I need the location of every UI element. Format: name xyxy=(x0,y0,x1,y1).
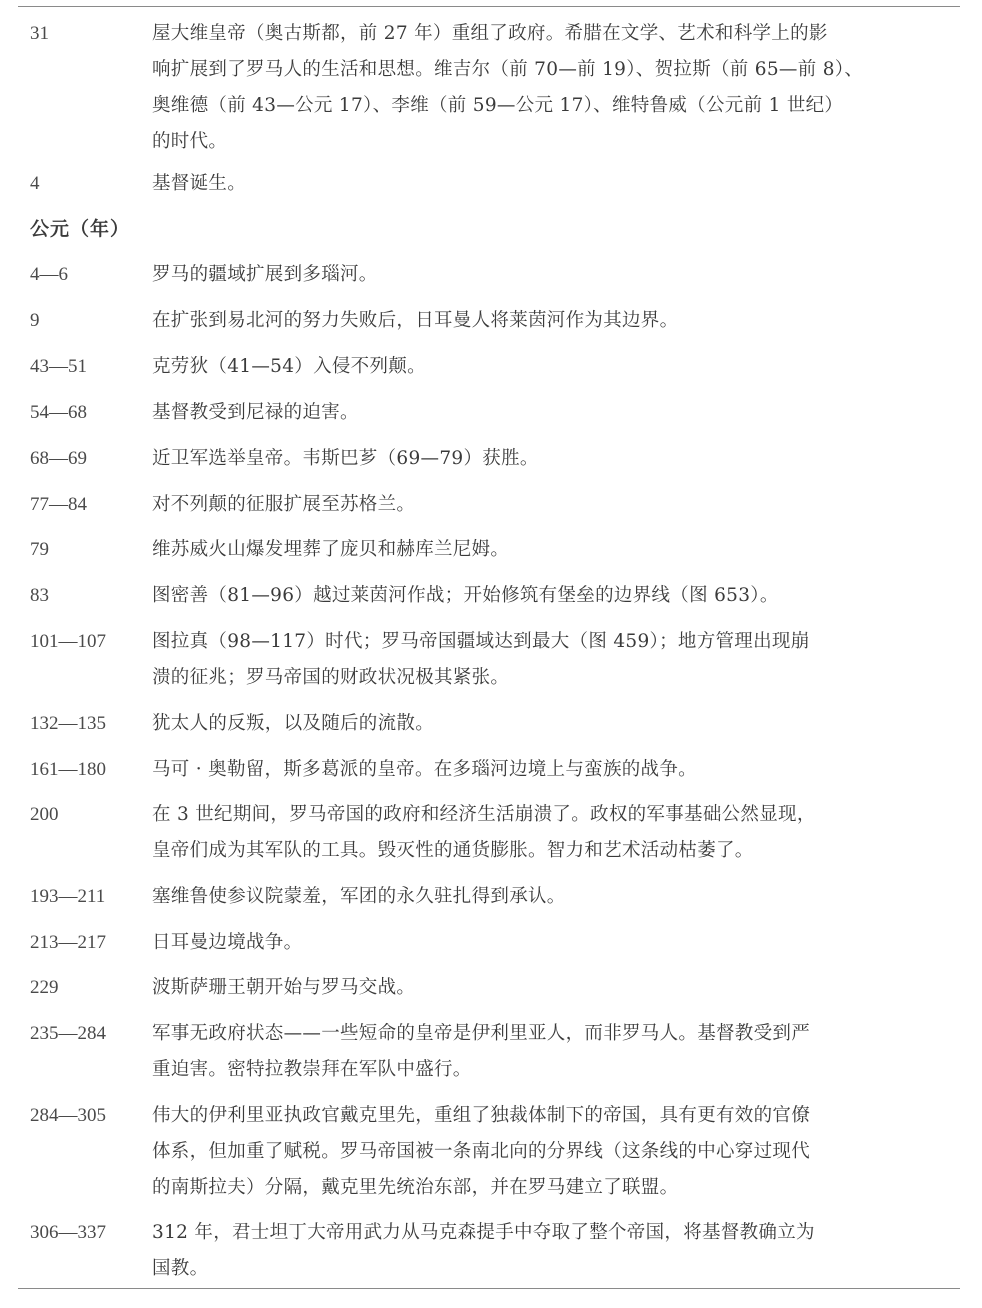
entry-description: 伟大的伊利里亚执政官戴克里先，重组了独裁体制下的帝国，具有更有效的官僚 体系，但… xyxy=(152,1098,952,1206)
description-line: 波斯萨珊王朝开始与罗马交战。 xyxy=(152,970,952,1006)
entry-date: 132—135 xyxy=(30,706,148,742)
entry-description: 在 3 世纪期间，罗马帝国的政府和经济生活崩溃了。政权的军事基础公然显现， 皇帝… xyxy=(152,797,952,869)
top-rule xyxy=(18,6,960,7)
entry-date: 284—305 xyxy=(30,1098,148,1134)
description-line: 国教。 xyxy=(152,1251,952,1287)
entry-description: 图拉真（98—117）时代；罗马帝国疆域达到最大（图 459）；地方管理出现崩 … xyxy=(152,624,952,696)
entry-description: 克劳狄（41—54）入侵不列颠。 xyxy=(152,349,952,385)
description-line: 的时代。 xyxy=(152,124,952,160)
description-line: 日耳曼边境战争。 xyxy=(152,925,952,961)
description-line: 基督诞生。 xyxy=(152,166,952,202)
entry-date: 200 xyxy=(30,797,148,833)
entry-date: 43—51 xyxy=(30,349,148,385)
description-line: 伟大的伊利里亚执政官戴克里先，重组了独裁体制下的帝国，具有更有效的官僚 xyxy=(152,1098,952,1134)
description-line: 近卫军选举皇帝。韦斯巴芗（69—79）获胜。 xyxy=(152,441,952,477)
entry-date: 31 xyxy=(30,16,148,52)
description-line: 基督教受到尼禄的迫害。 xyxy=(152,395,952,431)
entry-description: 犹太人的反叛，以及随后的流散。 xyxy=(152,706,952,742)
entry-date: 77—84 xyxy=(30,487,148,523)
description-line: 克劳狄（41—54）入侵不列颠。 xyxy=(152,349,952,385)
entry-description: 近卫军选举皇帝。韦斯巴芗（69—79）获胜。 xyxy=(152,441,952,477)
bottom-rule xyxy=(18,1288,960,1289)
description-line: 溃的征兆；罗马帝国的财政状况极其紧张。 xyxy=(152,660,952,696)
description-line: 的南斯拉夫）分隔，戴克里先统治东部，并在罗马建立了联盟。 xyxy=(152,1170,952,1206)
entry-date: 229 xyxy=(30,970,148,1006)
entry-description: 对不列颠的征服扩展至苏格兰。 xyxy=(152,487,952,523)
entry-date: 213—217 xyxy=(30,925,148,961)
description-line: 图拉真（98—117）时代；罗马帝国疆域达到最大（图 459）；地方管理出现崩 xyxy=(152,624,952,660)
section-heading-ad: 公元（年） xyxy=(30,211,130,247)
description-line: 军事无政府状态——一些短命的皇帝是伊利里亚人，而非罗马人。基督教受到严 xyxy=(152,1016,952,1052)
description-line: 屋大维皇帝（奥古斯都，前 27 年）重组了政府。希腊在文学、艺术和科学上的影 xyxy=(152,16,952,52)
description-line: 图密善（81—96）越过莱茵河作战；开始修筑有堡垒的边界线（图 653）。 xyxy=(152,578,952,614)
description-line: 在 3 世纪期间，罗马帝国的政府和经济生活崩溃了。政权的军事基础公然显现， xyxy=(152,797,952,833)
description-line: 罗马的疆域扩展到多瑙河。 xyxy=(152,257,952,293)
entry-description: 塞维鲁使参议院蒙羞，军团的永久驻扎得到承认。 xyxy=(152,879,952,915)
entry-description: 日耳曼边境战争。 xyxy=(152,925,952,961)
entry-date: 101—107 xyxy=(30,624,148,660)
entry-date: 79 xyxy=(30,532,148,568)
entry-description: 基督诞生。 xyxy=(152,166,952,202)
description-line: 奥维德（前 43—公元 17）、李维（前 59—公元 17）、维特鲁威（公元前 … xyxy=(152,88,952,124)
entry-date: 68—69 xyxy=(30,441,148,477)
description-line: 312 年，君士坦丁大帝用武力从马克森提手中夺取了整个帝国，将基督教确立为 xyxy=(152,1215,952,1251)
entry-date: 4 xyxy=(30,166,148,202)
description-line: 在扩张到易北河的努力失败后，日耳曼人将莱茵河作为其边界。 xyxy=(152,303,952,339)
entry-description: 罗马的疆域扩展到多瑙河。 xyxy=(152,257,952,293)
entry-description: 图密善（81—96）越过莱茵河作战；开始修筑有堡垒的边界线（图 653）。 xyxy=(152,578,952,614)
entry-date: 83 xyxy=(30,578,148,614)
entry-date: 4—6 xyxy=(30,257,148,293)
entry-date: 9 xyxy=(30,303,148,339)
entry-date: 54—68 xyxy=(30,395,148,431)
entry-date: 193—211 xyxy=(30,879,148,915)
entry-date: 161—180 xyxy=(30,752,148,788)
description-line: 犹太人的反叛，以及随后的流散。 xyxy=(152,706,952,742)
description-line: 塞维鲁使参议院蒙羞，军团的永久驻扎得到承认。 xyxy=(152,879,952,915)
entry-description: 312 年，君士坦丁大帝用武力从马克森提手中夺取了整个帝国，将基督教确立为 国教… xyxy=(152,1215,952,1287)
entry-description: 在扩张到易北河的努力失败后，日耳曼人将莱茵河作为其边界。 xyxy=(152,303,952,339)
description-line: 重迫害。密特拉教崇拜在军队中盛行。 xyxy=(152,1052,952,1088)
entry-description: 屋大维皇帝（奥古斯都，前 27 年）重组了政府。希腊在文学、艺术和科学上的影 响… xyxy=(152,16,952,160)
entry-description: 马可 · 奥勒留，斯多葛派的皇帝。在多瑙河边境上与蛮族的战争。 xyxy=(152,752,952,788)
entry-date: 306—337 xyxy=(30,1215,148,1251)
description-line: 体系，但加重了赋税。罗马帝国被一条南北向的分界线（这条线的中心穿过现代 xyxy=(152,1134,952,1170)
description-line: 皇帝们成为其军队的工具。毁灭性的通货膨胀。智力和艺术活动枯萎了。 xyxy=(152,833,952,869)
entry-description: 维苏威火山爆发埋葬了庞贝和赫库兰尼姆。 xyxy=(152,532,952,568)
description-line: 响扩展到了罗马人的生活和思想。维吉尔（前 70—前 19）、贺拉斯（前 65—前… xyxy=(152,52,952,88)
entry-description: 波斯萨珊王朝开始与罗马交战。 xyxy=(152,970,952,1006)
entry-description: 军事无政府状态——一些短命的皇帝是伊利里亚人，而非罗马人。基督教受到严 重迫害。… xyxy=(152,1016,952,1088)
entry-description: 基督教受到尼禄的迫害。 xyxy=(152,395,952,431)
entry-date: 235—284 xyxy=(30,1016,148,1052)
description-line: 马可 · 奥勒留，斯多葛派的皇帝。在多瑙河边境上与蛮族的战争。 xyxy=(152,752,952,788)
description-line: 维苏威火山爆发埋葬了庞贝和赫库兰尼姆。 xyxy=(152,532,952,568)
description-line: 对不列颠的征服扩展至苏格兰。 xyxy=(152,487,952,523)
